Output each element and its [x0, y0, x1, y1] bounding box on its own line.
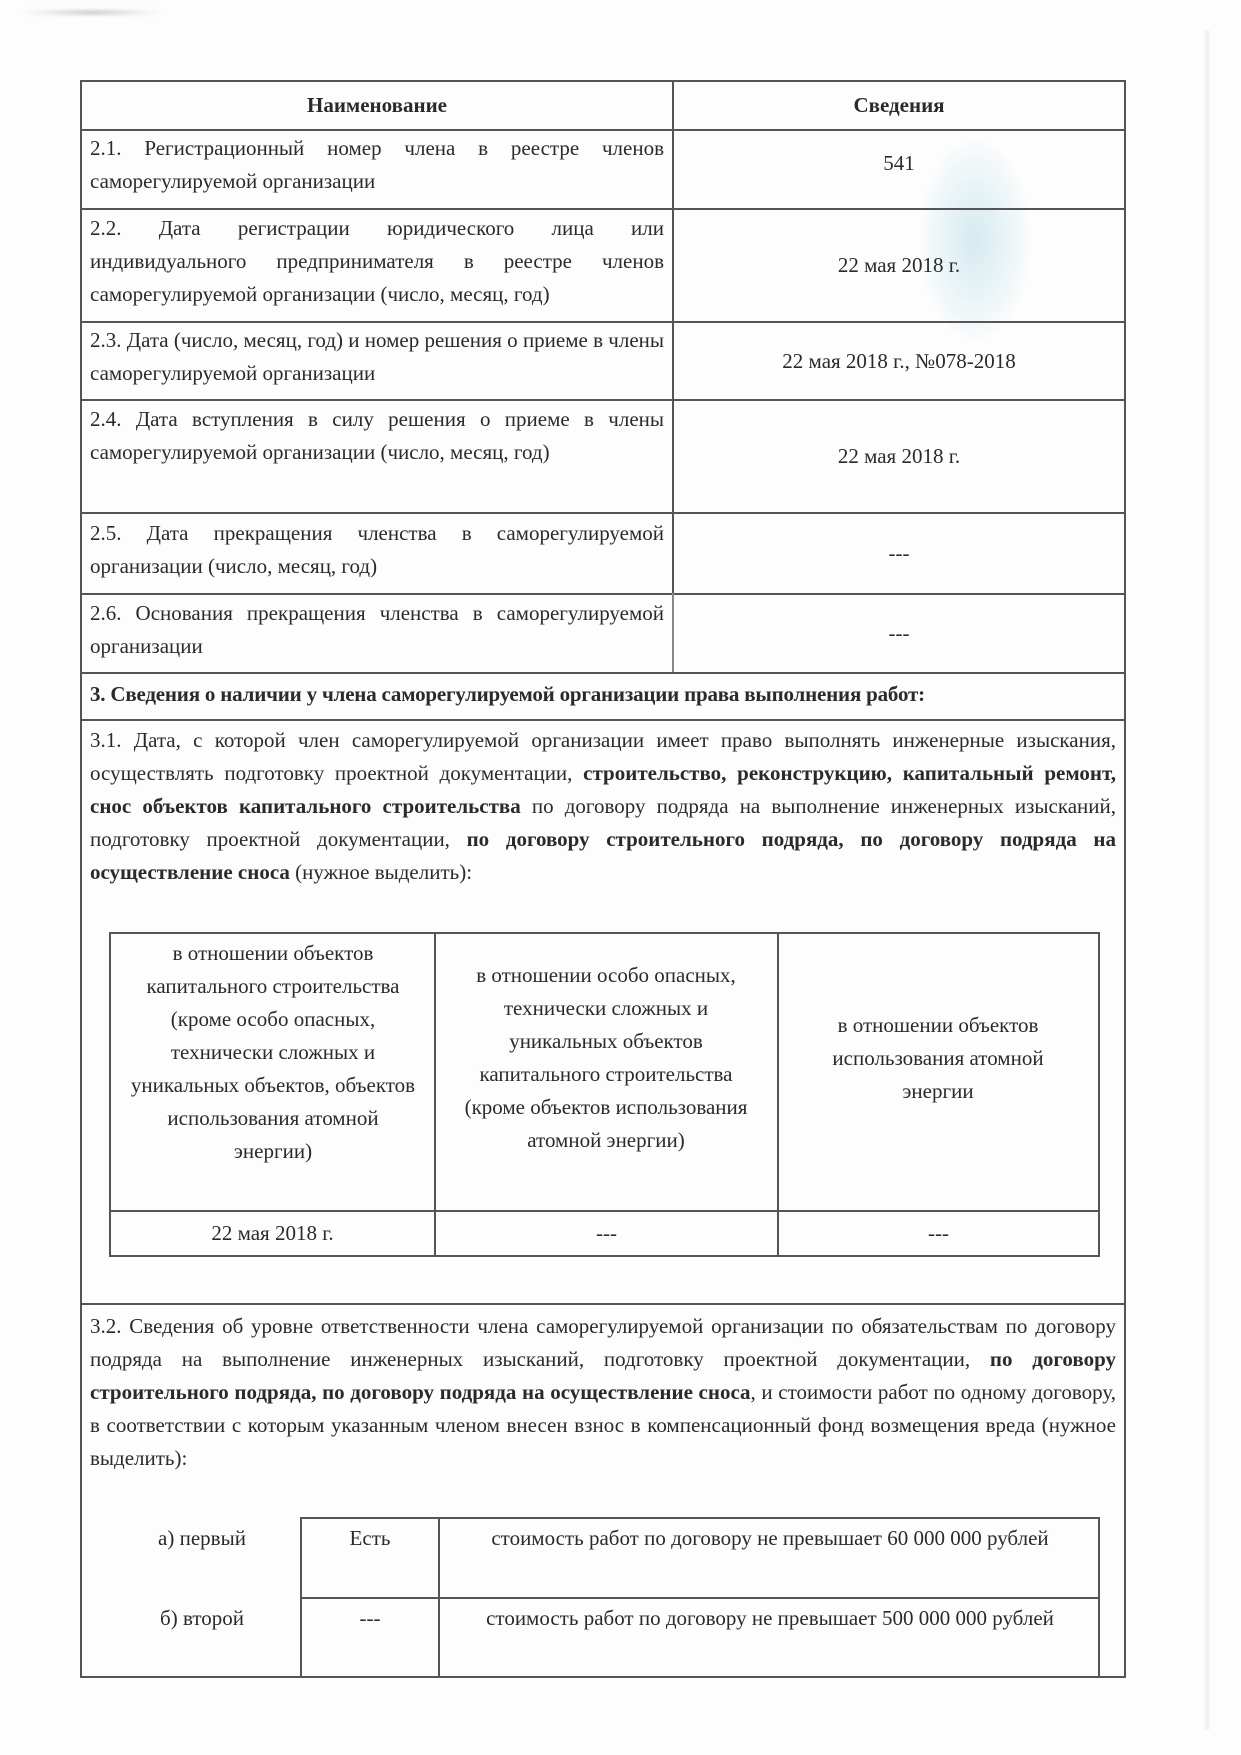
row-label-2-3: 2.3. Дата (число, месяц, год) и номер ре…	[82, 324, 672, 390]
level-desc-1: стоимость работ по договору не превышает…	[460, 1522, 1080, 1555]
header-name: Наименование	[82, 82, 672, 129]
level-label-1: а) первый	[112, 1522, 292, 1555]
level-mark-2: ---	[302, 1602, 438, 1635]
p32-text-1: 3.2. Сведения об уровне ответственности …	[90, 1314, 1116, 1371]
row-label-2-5: 2.5. Дата прекращения членства в саморег…	[82, 517, 672, 583]
row-label-2-6: 2.6. Основания прекращения членства в са…	[82, 597, 672, 663]
row-value-2-6: ---	[674, 595, 1124, 672]
row-label-2-1: 2.1. Регистрационный номер члена в реест…	[82, 132, 672, 198]
paragraph-3-1: 3.1. Дата, с которой член саморегулируем…	[82, 724, 1124, 889]
scan-artifact-edge	[1203, 30, 1211, 1730]
scan-artifact	[22, 10, 162, 15]
p31-text-3: (нужное выделить):	[290, 860, 472, 884]
paragraph-3-2: 3.2. Сведения об уровне ответственности …	[82, 1310, 1124, 1475]
rights-value-2: ---	[436, 1212, 777, 1255]
row-label-2-4: 2.4. Дата вступления в силу решения о пр…	[82, 403, 672, 469]
row-value-2-5: ---	[674, 514, 1124, 593]
level-desc-2: стоимость работ по договору не превышает…	[460, 1602, 1080, 1635]
rights-header-3: в отношении объектов использования атомн…	[790, 934, 1086, 1210]
rights-header-2: в отношении особо опасных, технически сл…	[440, 934, 772, 1210]
rights-header-1: в отношении объектов капитального строит…	[120, 937, 426, 1168]
rights-value-1: 22 мая 2018 г.	[111, 1212, 434, 1255]
row-label-2-2: 2.2. Дата регистрации юридического лица …	[82, 212, 672, 311]
row-value-2-1: 541	[674, 132, 1124, 194]
row-value-2-3: 22 мая 2018 г., №078-2018	[674, 323, 1124, 399]
level-mark-1: Есть	[302, 1522, 438, 1555]
level-label-2: б) второй	[112, 1602, 292, 1635]
rights-value-3: ---	[779, 1212, 1098, 1255]
row-value-2-2: 22 мая 2018 г.	[674, 210, 1124, 321]
row-value-2-4: 22 мая 2018 г.	[674, 401, 1124, 512]
header-info: Сведения	[674, 82, 1124, 129]
section-3-title: 3. Сведения о наличии у члена саморегули…	[82, 678, 1124, 711]
